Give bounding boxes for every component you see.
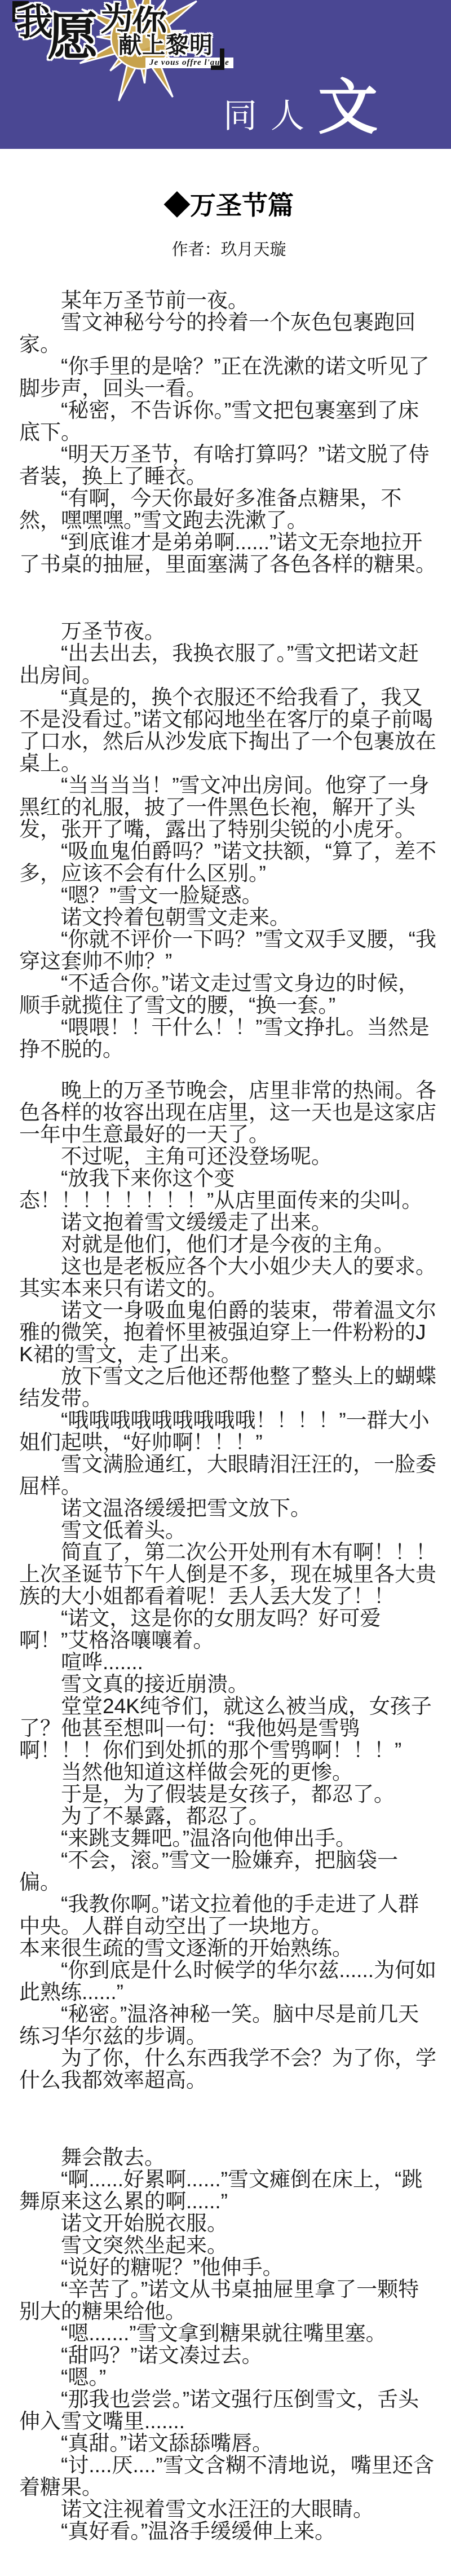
banner-title: 同人 文	[223, 84, 378, 133]
paragraph: 晚上的万圣节晚会，店里非常的热闹。各色各样的妆容出现在店里，这一天也是这家店一年…	[19, 1079, 439, 1145]
banner-title-small: 同人	[223, 99, 318, 133]
paragraph: 喧哗.......	[19, 1651, 439, 1673]
paragraph: “放我下来你这个变态！！！！！！！！”从店里面传来的尖叫。	[19, 1167, 439, 1211]
paragraph: 雪文真的接近崩溃。	[19, 1673, 439, 1695]
paragraph: “秘密，不告诉你。”雪文把包裹塞到了床底下。	[19, 399, 439, 443]
paragraph: 诺文一身吸血鬼伯爵的装束，带着温文尔雅的微笑，抱着怀里被强迫穿上一件粉粉的JK裙…	[19, 1299, 439, 1365]
paragraph: 万圣节夜。	[19, 620, 439, 642]
paragraph: 诺文抱着雪文缓缓走了出来。	[19, 1211, 439, 1233]
logo-char-3: 为	[100, 3, 133, 36]
paragraph: 于是，为了假装是女孩子，都忍了。	[19, 1783, 439, 1805]
paragraph: 这也是老板应各个大小姐少夫人的要求。其实本来只有诺文的。	[19, 1255, 439, 1299]
paragraph: 不过呢，主角可还没登场呢。	[19, 1145, 439, 1167]
paragraph: 某年万圣节前一夜。	[19, 289, 439, 311]
logo-char-2: 愿	[47, 12, 98, 63]
paragraph: 为了你，什么东西我学不会？为了你，学什么我都效率超高。	[19, 2047, 439, 2091]
paragraph: “啊......好累啊......”雪文瘫倒在床上，“跳舞原来这么累的啊....…	[19, 2168, 439, 2212]
corner-bracket-close-icon	[211, 48, 224, 70]
paragraph: 对就是他们，他们才是今夜的主角。	[19, 1233, 439, 1255]
page: 我 愿 为 你 献上黎明 Je vous offre l'aube 同人 文 ◆…	[0, 0, 451, 2576]
article: ◆万圣节篇 作者：玖月天璇 某年万圣节前一夜。雪文神秘兮兮的拎着一个灰色包裹跑回…	[0, 185, 451, 2542]
paragraph: 堂堂24K纯爷们，就这么被当成，女孩子了？他甚至想叫一句：“我他妈是雪鸮啊！！！…	[19, 1695, 439, 1761]
paragraph: “你到底是什么时候学的华尔兹......为何如此熟练......”	[19, 1959, 439, 2003]
paragraph: “不适合你。”诺文走过雪文身边的时候，顺手就揽住了雪文的腰，“换一套。”	[19, 972, 439, 1016]
paragraph: 雪文低着头。	[19, 1519, 439, 1541]
paragraph: 诺文注视着雪文水汪汪的大眼睛。	[19, 2498, 439, 2520]
paragraph: 诺文开始脱衣服。	[19, 2212, 439, 2234]
paragraph: “真好看。”温洛手缓缓伸上来。	[19, 2520, 439, 2542]
paragraph: “到底谁才是弟弟啊......”诺文无奈地拉开了书桌的抽屉，里面塞满了各色各样的…	[19, 531, 439, 575]
article-body: 某年万圣节前一夜。雪文神秘兮兮的拎着一个灰色包裹跑回家。“你手里的是啥？”正在洗…	[19, 289, 439, 2542]
paragraph: “你就不评价一下吗？”雪文双手叉腰，“我穿这套帅不帅？”	[19, 928, 439, 972]
paragraph: “讨....厌....”雪文含糊不清地说，嘴里还含着糖果。	[19, 2454, 439, 2498]
section: 晚上的万圣节晚会，店里非常的热闹。各色各样的妆容出现在店里，这一天也是这家店一年…	[19, 1079, 439, 2091]
paragraph: 本来很生疏的雪文逐渐的开始熟练。	[19, 1937, 439, 1959]
paragraph: “有啊，今天你最好多准备点糖果，不然，嘿嘿嘿。”雪文跑去洗漱了。	[19, 487, 439, 531]
paragraph: “真甜。”诺文舔舔嘴唇。	[19, 2432, 439, 2454]
article-author: 作者：玖月天璇	[19, 237, 439, 260]
banner-title-large: 文	[318, 84, 378, 133]
paragraph: “嗯？”雪文一脸疑惑。	[19, 884, 439, 906]
section: 某年万圣节前一夜。雪文神秘兮兮的拎着一个灰色包裹跑回家。“你手里的是啥？”正在洗…	[19, 289, 439, 575]
paragraph: “嗯。”	[19, 2366, 439, 2388]
paragraph: 雪文满脸通红，大眼睛泪汪汪的，一脸委屈样。	[19, 1453, 439, 1497]
paragraph: “那我也尝尝。”诺文强行压倒雪文，舌头伸入雪文嘴里.......	[19, 2388, 439, 2432]
paragraph: “诺文，这是你的女朋友吗？好可爱啊！”艾格洛嚷嚷着。	[19, 1607, 439, 1651]
paragraph: “喂喂！！干什么！！”雪文挣扎。当然是挣不脱的。	[19, 1016, 439, 1060]
paragraph: “吸血鬼伯爵吗？”诺文扶额，“算了，差不多，应该不会有什么区别。”	[19, 840, 439, 884]
paragraph: “不会，滚。”雪文一脸嫌弃，把脑袋一偏。	[19, 1849, 439, 1893]
paragraph: “甜吗？”诺文凑过去。	[19, 2344, 439, 2366]
paragraph: “哦哦哦哦哦哦哦哦哦！！！！”一群大小姐们起哄，“好帅啊！！！”	[19, 1409, 439, 1453]
section: 舞会散去。“啊......好累啊......”雪文瘫倒在床上，“跳舞原来这么累的…	[19, 2146, 439, 2542]
paragraph: 放下雪文之后他还帮他整了整头上的蝴蝶结发带。	[19, 1365, 439, 1409]
article-title: ◆万圣节篇	[19, 185, 439, 222]
paragraph: “当当当当！”雪文冲出房间。他穿了一身黑红的礼服，披了一件黑色长袍，解开了头发，…	[19, 774, 439, 840]
paragraph: “你手里的是啥？”正在洗漱的诺文听见了脚步声，回头一看。	[19, 355, 439, 399]
paragraph: “真是的，换个衣服还不给我看了，我又不是没看过。”诺文郁闷地坐在客厅的桌子前喝了…	[19, 686, 439, 774]
paragraph: “明天万圣节，有啥打算吗？”诺文脱了侍者装，换上了睡衣。	[19, 443, 439, 487]
paragraph: 为了不暴露，都忍了。	[19, 1805, 439, 1827]
paragraph: 雪文神秘兮兮的拎着一个灰色包裹跑回家。	[19, 311, 439, 355]
paragraph: “来跳支舞吧。”温洛向他伸出手。	[19, 1827, 439, 1849]
banner: 我 愿 为 你 献上黎明 Je vous offre l'aube 同人 文	[0, 0, 451, 149]
paragraph: 诺文拎着包朝雪文走来。	[19, 906, 439, 928]
paragraph: “辛苦了。”诺文从书桌抽屉里拿了一颗特别大的糖果给他。	[19, 2278, 439, 2322]
paragraph: “嗯.......”雪文拿到糖果就往嘴里塞。	[19, 2322, 439, 2344]
paragraph: “出去出去，我换衣服了。”雪文把诺文赶出房间。	[19, 642, 439, 686]
logo-subtitle-cn: 献上黎明	[118, 34, 213, 57]
section: 万圣节夜。“出去出去，我换衣服了。”雪文把诺文赶出房间。“真是的，换个衣服还不给…	[19, 620, 439, 1060]
paragraph: 诺文温洛缓缓把雪文放下。	[19, 1497, 439, 1519]
paragraph: 当然他知道这样做会死的更惨。	[19, 1761, 439, 1783]
paragraph: “我教你啊。”诺文拉着他的手走进了人群中央。人群自动空出了一块地方。	[19, 1893, 439, 1937]
paragraph: “秘密。”温洛神秘一笑。脑中尽是前几天练习华尔兹的步调。	[19, 2003, 439, 2047]
paragraph: “说好的糖呢？”他伸手。	[19, 2256, 439, 2278]
paragraph: 舞会散去。	[19, 2146, 439, 2168]
paragraph: 简直了，第二次公开处刑有木有啊！！！上次圣诞节下午人倒是不多，现在城里各大贵族的…	[19, 1541, 439, 1607]
paragraph: 雪文突然坐起来。	[19, 2234, 439, 2256]
